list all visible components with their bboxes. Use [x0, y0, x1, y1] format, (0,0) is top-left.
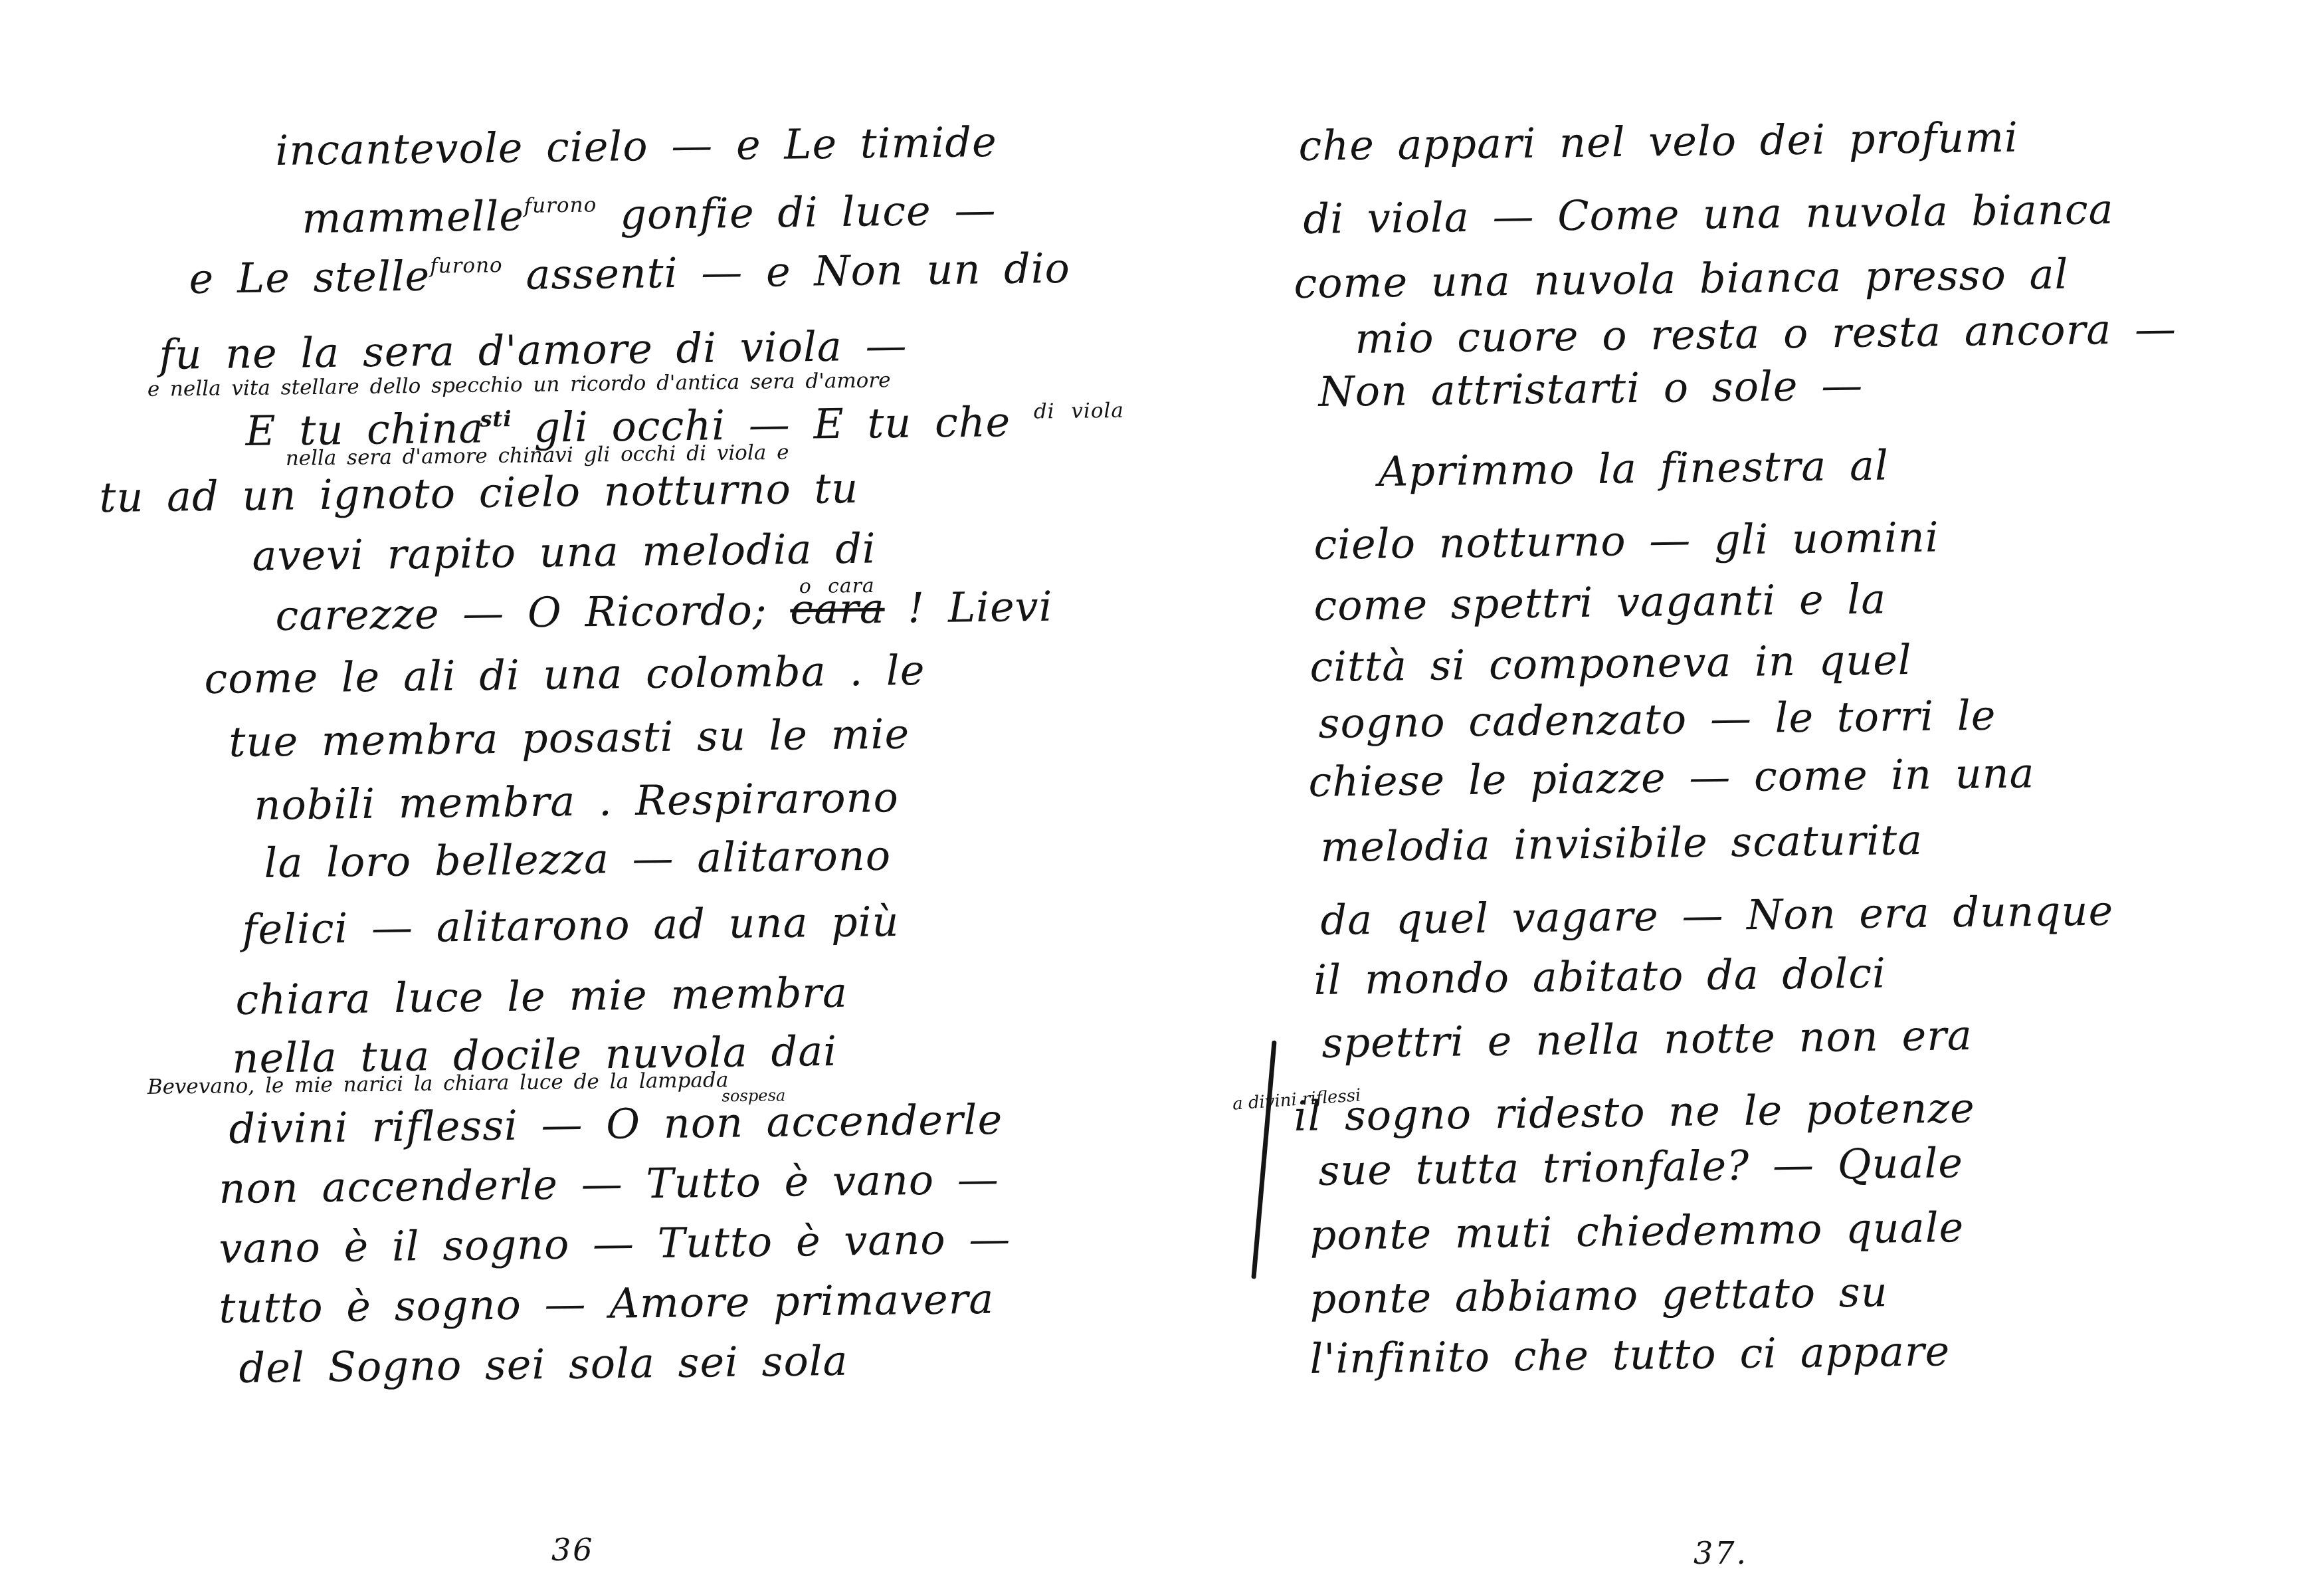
manuscript-line: ponte abbiamo gettato su [1309, 1267, 1888, 1323]
manuscript-line: mammellefurono gonfie di luce — [302, 185, 997, 243]
line-text: gonfie di luce — [597, 185, 997, 239]
line-text: e Le stelle [189, 252, 431, 303]
interlinear-insert: furono [524, 193, 597, 218]
manuscript-line: cielo notturno — gli uomini [1313, 513, 1939, 569]
manuscript-line: come spettri vaganti e la [1313, 574, 1886, 630]
line-text: assenti — e Non un dio [502, 244, 1070, 299]
manuscript-line: la loro bellezza — alitarono [264, 831, 891, 887]
manuscript-line: vano è il sogno — Tutto è vano — [219, 1214, 1011, 1273]
manuscript-line: tu ad un ignoto cielo notturno tu [99, 464, 859, 522]
manuscript-line: come una nuvola bianca presso al [1294, 250, 2069, 308]
page-number: 37. [1694, 1535, 1748, 1571]
page-number: 36 [551, 1532, 595, 1568]
manuscript-line: e Le stellefurono assenti — e Non un dio [189, 244, 1070, 303]
line-text: carezze — O Ricordo; [275, 585, 791, 640]
manuscript-line: nobili membra . Respirarono [254, 773, 899, 829]
manuscript-line: carezze — O Ricordo; o caracara ! Lievi [275, 582, 1053, 640]
manuscript-line: divini riflessi — O non accenderle [229, 1095, 1003, 1153]
manuscript-line: chiese le piazze — come in una [1308, 749, 2035, 806]
manuscript-line: che appari nel velo dei profumi [1298, 113, 2018, 170]
manuscript-line: mio cuore o resta o resta ancora — [1355, 304, 2177, 363]
line-text: mammelle [302, 191, 524, 243]
manuscript-line: ponte muti chiedemmo quale [1309, 1203, 1965, 1259]
manuscript-line: avevi rapito una melodia di [252, 524, 876, 580]
manuscript-line: del Sogno sei sola sei sola [239, 1336, 848, 1392]
manuscript-line: Non attristarti o sole — [1318, 361, 1864, 416]
interlinear-insert: furono [430, 253, 503, 278]
manuscript-line: melodia invisibile scaturita [1320, 815, 1923, 871]
manuscript-line: da quel vagare — Non era dunque [1320, 886, 2113, 944]
line-text: ! Lievi [884, 582, 1053, 633]
manuscript-line: sogno cadenzato — le torri le [1318, 691, 1996, 748]
manuscript-line: tutto è sogno — Amore primavera [219, 1275, 995, 1332]
manuscript-scan: { "document": { "kind": "handwritten man… [0, 0, 2324, 1579]
manuscript-line: tue membra posasti su le mie [229, 709, 910, 766]
pen-stroke [1251, 1040, 1276, 1279]
interlinear-insert: di viola [1034, 399, 1125, 424]
manuscript-line: chiara luce le mie membra [235, 968, 848, 1024]
manuscript-line: felici — alitarono ad una più [242, 897, 900, 954]
manuscript-line: il mondo abitato da dolci [1313, 948, 1886, 1004]
manuscript-line: sue tutta trionfale? — Quale [1318, 1138, 1963, 1195]
manuscript-line: l'infinito che tutto ci appare [1309, 1326, 1951, 1383]
overwritten-correction: sti [480, 406, 512, 432]
manuscript-line: città si componeva in quel [1309, 635, 1912, 691]
manuscript-line: spettri e nella notte non era [1321, 1011, 1973, 1067]
manuscript-line: di viola — Come una nuvola bianca [1303, 185, 2114, 243]
manuscript-line: come le ali di una colomba . le [204, 646, 925, 703]
manuscript-line: non accenderle — Tutto è vano — [219, 1155, 999, 1213]
page-37: che appari nel velo dei profumi di viola… [1162, 0, 2324, 1579]
manuscript-line: il sogno ridesto ne le potenze [1294, 1083, 1975, 1140]
page-36: incantevole cielo — e Le timide mammelle… [0, 0, 1162, 1579]
manuscript-line: Aprimmo la finestra al [1378, 441, 1889, 496]
manuscript-line: incantevole cielo — e Le timide [275, 118, 997, 175]
